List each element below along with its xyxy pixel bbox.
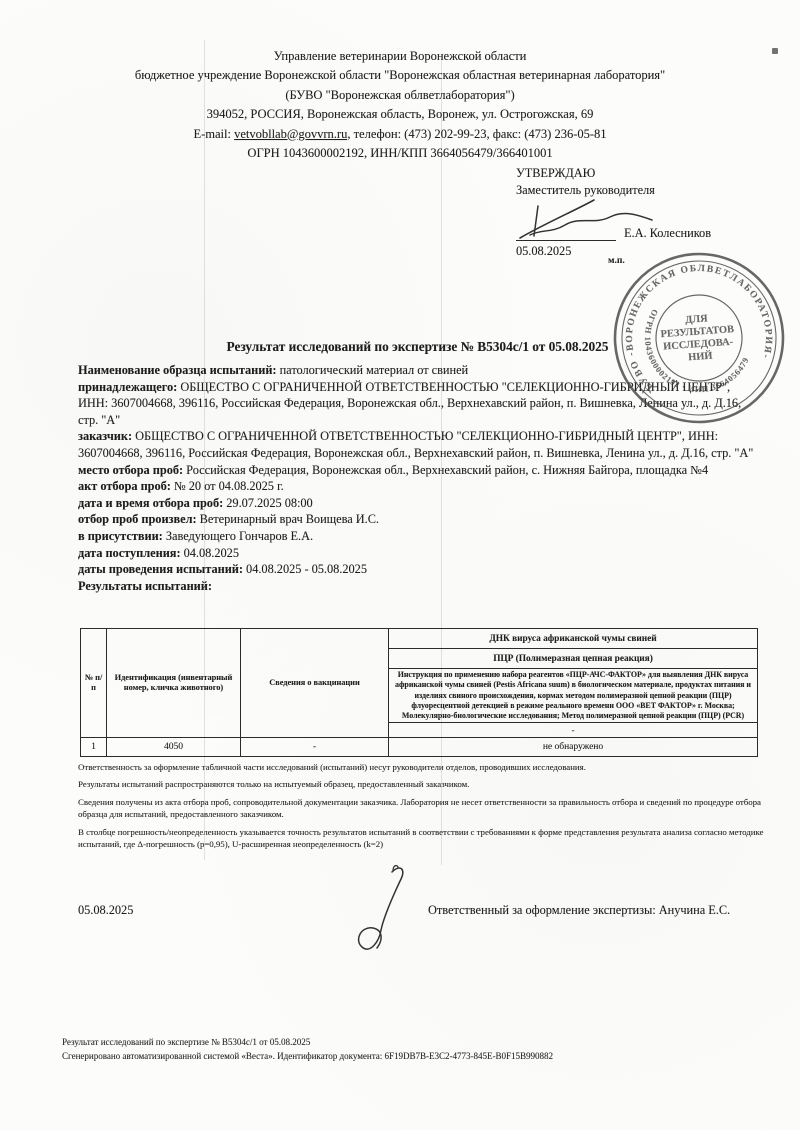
- round-stamp: БУВО -ВОРОНЕЖСКАЯ ОБЛВЕТЛАБОРАТОРИЯ- ОГР…: [603, 242, 795, 434]
- field-sampling-act: акт отбора проб: № 20 от 04.08.2025 г.: [78, 478, 760, 495]
- col-header-number: № п/п: [81, 629, 107, 738]
- signoff-date: 05.08.2025: [78, 903, 133, 918]
- org-name-line2: бюджетное учреждение Воронежской области…: [0, 66, 800, 85]
- executor-signature-icon: [352, 862, 422, 962]
- org-name-line1: Управление ветеринарии Воронежской облас…: [0, 47, 800, 66]
- stamp-center-text: ДЛЯ РЕЗУЛЬТАТОВ ИССЛЕДОВА- НИЙ: [659, 311, 738, 365]
- results-table: № п/п Идентификация (инвентарный номер, …: [80, 628, 758, 757]
- row-number-cell: 1: [81, 738, 107, 757]
- col-header-vaccination: Сведения о вакцинации: [241, 629, 389, 738]
- footer-generated-by: Сгенерировано автоматизированной системо…: [62, 1050, 553, 1064]
- units-cell: -: [389, 723, 758, 738]
- method-group-header: ПЦР (Полимеразная цепная реакция): [389, 649, 758, 669]
- approval-block: УТВЕРЖДАЮ Заместитель руководителя Е.А. …: [516, 165, 711, 260]
- field-results-heading: Результаты испытаний:: [78, 578, 760, 595]
- field-sampling-datetime: дата и время отбора проб: 29.07.2025 08:…: [78, 495, 760, 512]
- scanned-document: Управление ветеринарии Воронежской облас…: [0, 0, 800, 1130]
- field-received-date: дата поступления: 04.08.2025: [78, 545, 760, 562]
- document-footer: Результат исследований по экспертизе № В…: [62, 1036, 553, 1063]
- note-sampling-info: Сведения получены из акта отбора проб, с…: [78, 796, 768, 822]
- org-name-line3: (БУВО "Воронежская облветлаборатория"): [0, 86, 800, 105]
- field-testing-dates: даты проведения испытаний: 04.08.2025 - …: [78, 561, 760, 578]
- phone-fax: телефон: (473) 202-99-23, факс: (473) 23…: [354, 127, 607, 141]
- org-address: 394052, РОССИЯ, Воронежская область, Вор…: [0, 105, 800, 124]
- executor-title-and-name: Ответственный за оформление экспертизы: …: [428, 903, 730, 918]
- notes-block: Ответственность за оформление табличной …: [78, 761, 768, 856]
- row-vaccination-cell: -: [241, 738, 389, 757]
- org-ogrn-inn: ОГРН 1043600002192, ИНН/КПП 3664056479/3…: [0, 144, 800, 163]
- footer-expertise-ref: Результат исследований по экспертизе № В…: [62, 1036, 553, 1050]
- field-customer: заказчик: ОБЩЕСТВО С ОГРАНИЧЕННОЙ ОТВЕТС…: [78, 428, 760, 461]
- field-witness: в присутствии: Заведующего Гончаров Е.А.: [78, 528, 760, 545]
- table-row: 1 4050 - не обнаружено: [81, 738, 758, 757]
- approver-signature-icon: [510, 194, 660, 242]
- row-result-cell: не обнаружено: [389, 738, 758, 757]
- row-identification-cell: 4050: [107, 738, 241, 757]
- method-detail-header: Инструкция по применению набора реагенто…: [389, 669, 758, 723]
- analyte-header: ДНК вируса африканской чумы свиней: [389, 629, 758, 649]
- field-sampler: отбор проб произвел: Ветеринарный врач В…: [78, 511, 760, 528]
- approve-word: УТВЕРЖДАЮ: [516, 165, 711, 182]
- note-responsibility: Ответственность за оформление табличной …: [78, 761, 768, 774]
- email-value: vetvobllab@govvrn.ru,: [234, 127, 350, 141]
- org-contacts: E-mail: vetvobllab@govvrn.ru, телефон: (…: [0, 125, 800, 144]
- col-header-identification: Идентификация (инвентарный номер, кличка…: [107, 629, 241, 738]
- note-scope: Результаты испытаний распространяются то…: [78, 778, 768, 791]
- note-uncertainty: В столбце погрешность/неопределенность у…: [78, 826, 768, 852]
- field-sampling-place: место отбора проб: Российская Федерация,…: [78, 462, 760, 479]
- email-label: E-mail:: [193, 127, 231, 141]
- org-header: Управление ветеринарии Воронежской облас…: [0, 47, 800, 163]
- approver-signature-line: [516, 202, 616, 241]
